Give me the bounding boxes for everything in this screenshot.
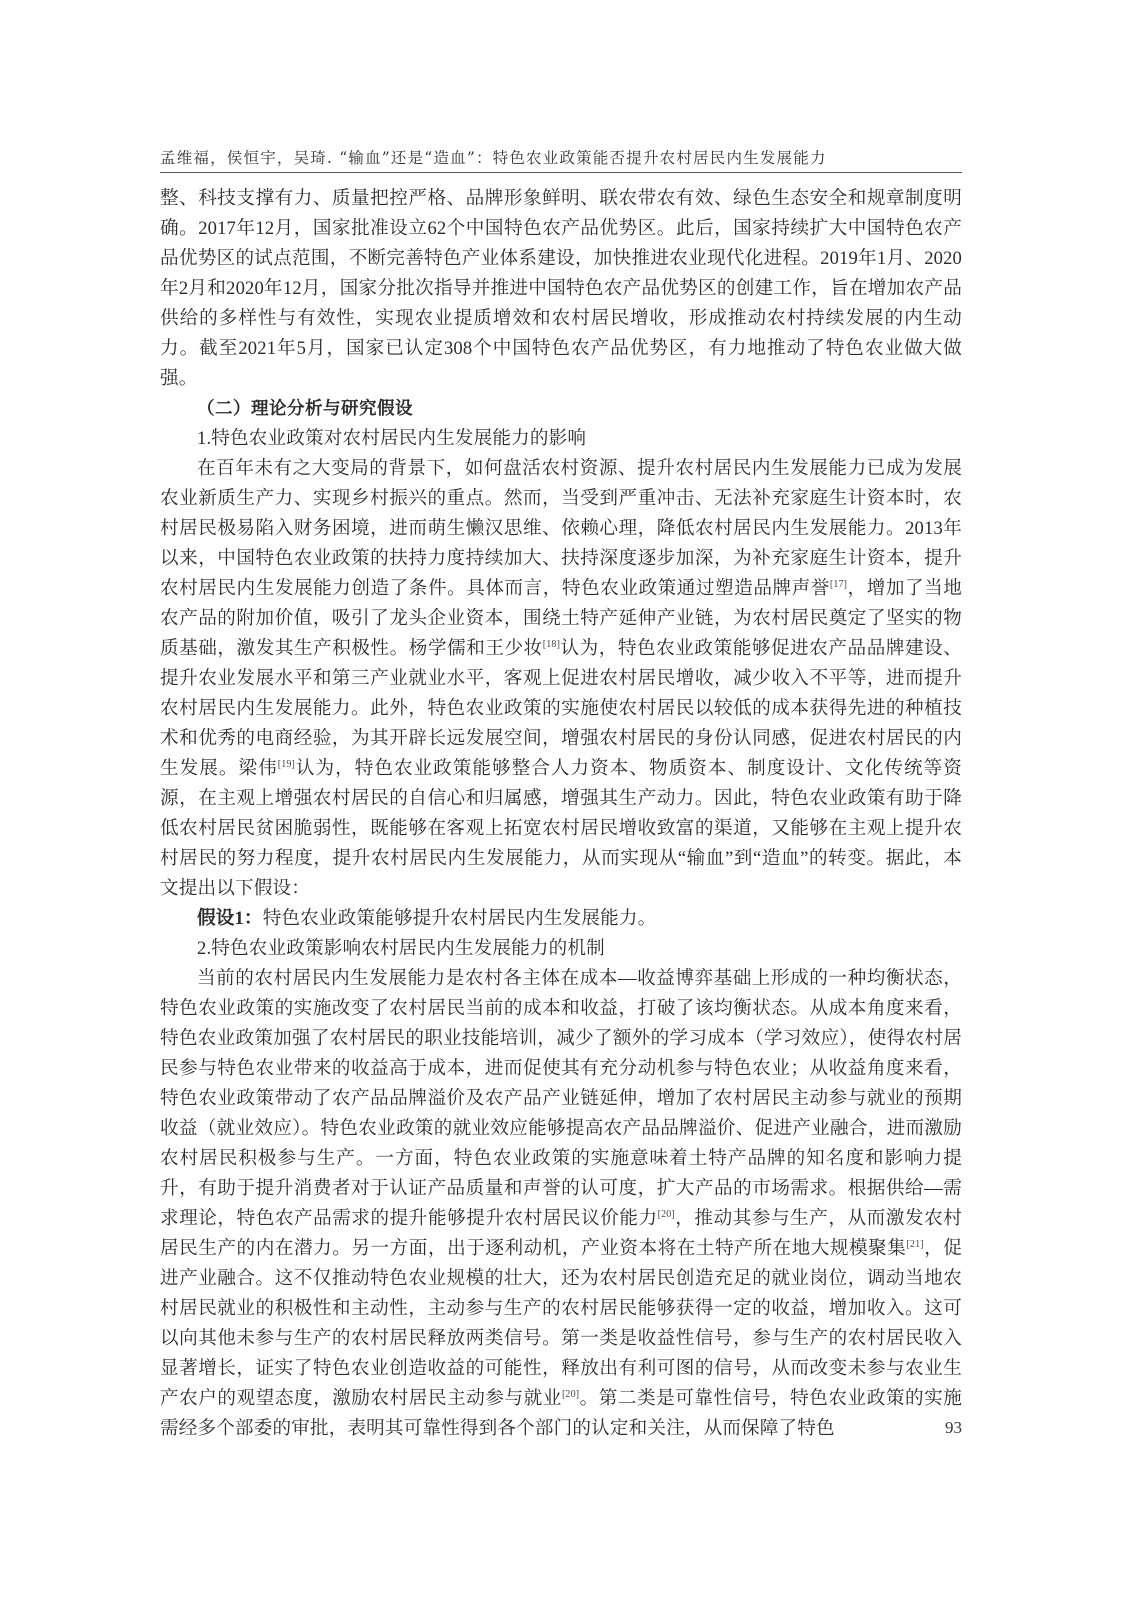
text-run: ，促进产业融合。这不仅推动特色农业规模的壮大，还为农村居民创造充足的就业岗位，调… — [160, 1238, 962, 1409]
citation-20: [20] — [658, 1209, 675, 1220]
section-heading: （二）理论分析与研究假设 — [160, 394, 962, 424]
citation-18: [18] — [543, 639, 560, 650]
header-rule — [160, 172, 962, 173]
paragraph-effect: 在百年未有之大变局的背景下，如何盘活农村资源、提升农村居民内生发展能力已成为发展… — [160, 454, 962, 904]
citation-19: [19] — [278, 759, 295, 770]
subsection-heading-2: 2.特色农业政策影响农村居民内生发展能力的机制 — [160, 934, 962, 964]
text-run: 认为，特色农业政策能够整合人力资本、物质资本、制度设计、文化传统等资源，在主观上… — [160, 758, 962, 899]
citation-17: [17] — [830, 579, 847, 590]
subsection-heading-1: 1.特色农业政策对农村居民内生发展能力的影响 — [160, 424, 962, 454]
paragraph-mechanism: 当前的农村居民内生发展能力是农村各主体在成本—收益博弈基础上形成的一种均衡状态，… — [160, 964, 962, 1444]
hypothesis-text: 特色农业政策能够提升农村居民内生发展能力。 — [263, 908, 657, 929]
paragraph-continuation: 整、科技支撑有力、质量把控严格、品牌形象鲜明、联农带农有效、绿色生态安全和规章制… — [160, 184, 962, 394]
hypothesis-label: 假设1： — [197, 908, 263, 929]
article-body: 整、科技支撑有力、质量把控严格、品牌形象鲜明、联农带农有效、绿色生态安全和规章制… — [160, 184, 962, 1444]
citation-20: [20] — [562, 1389, 579, 1400]
text-run: 当前的农村居民内生发展能力是农村各主体在成本—收益博弈基础上形成的一种均衡状态，… — [160, 968, 962, 1229]
running-header: 孟维福，侯恒宇，吴琦. “输血”还是“造血”：特色农业政策能否提升农村居民内生发… — [160, 146, 962, 168]
page-number: 93 — [945, 1418, 962, 1438]
hypothesis-1: 假设1：特色农业政策能够提升农村居民内生发展能力。 — [160, 904, 962, 934]
citation-21: [21] — [906, 1239, 923, 1250]
text-run: 在百年未有之大变局的背景下，如何盘活农村资源、提升农村居民内生发展能力已成为发展… — [160, 458, 962, 599]
